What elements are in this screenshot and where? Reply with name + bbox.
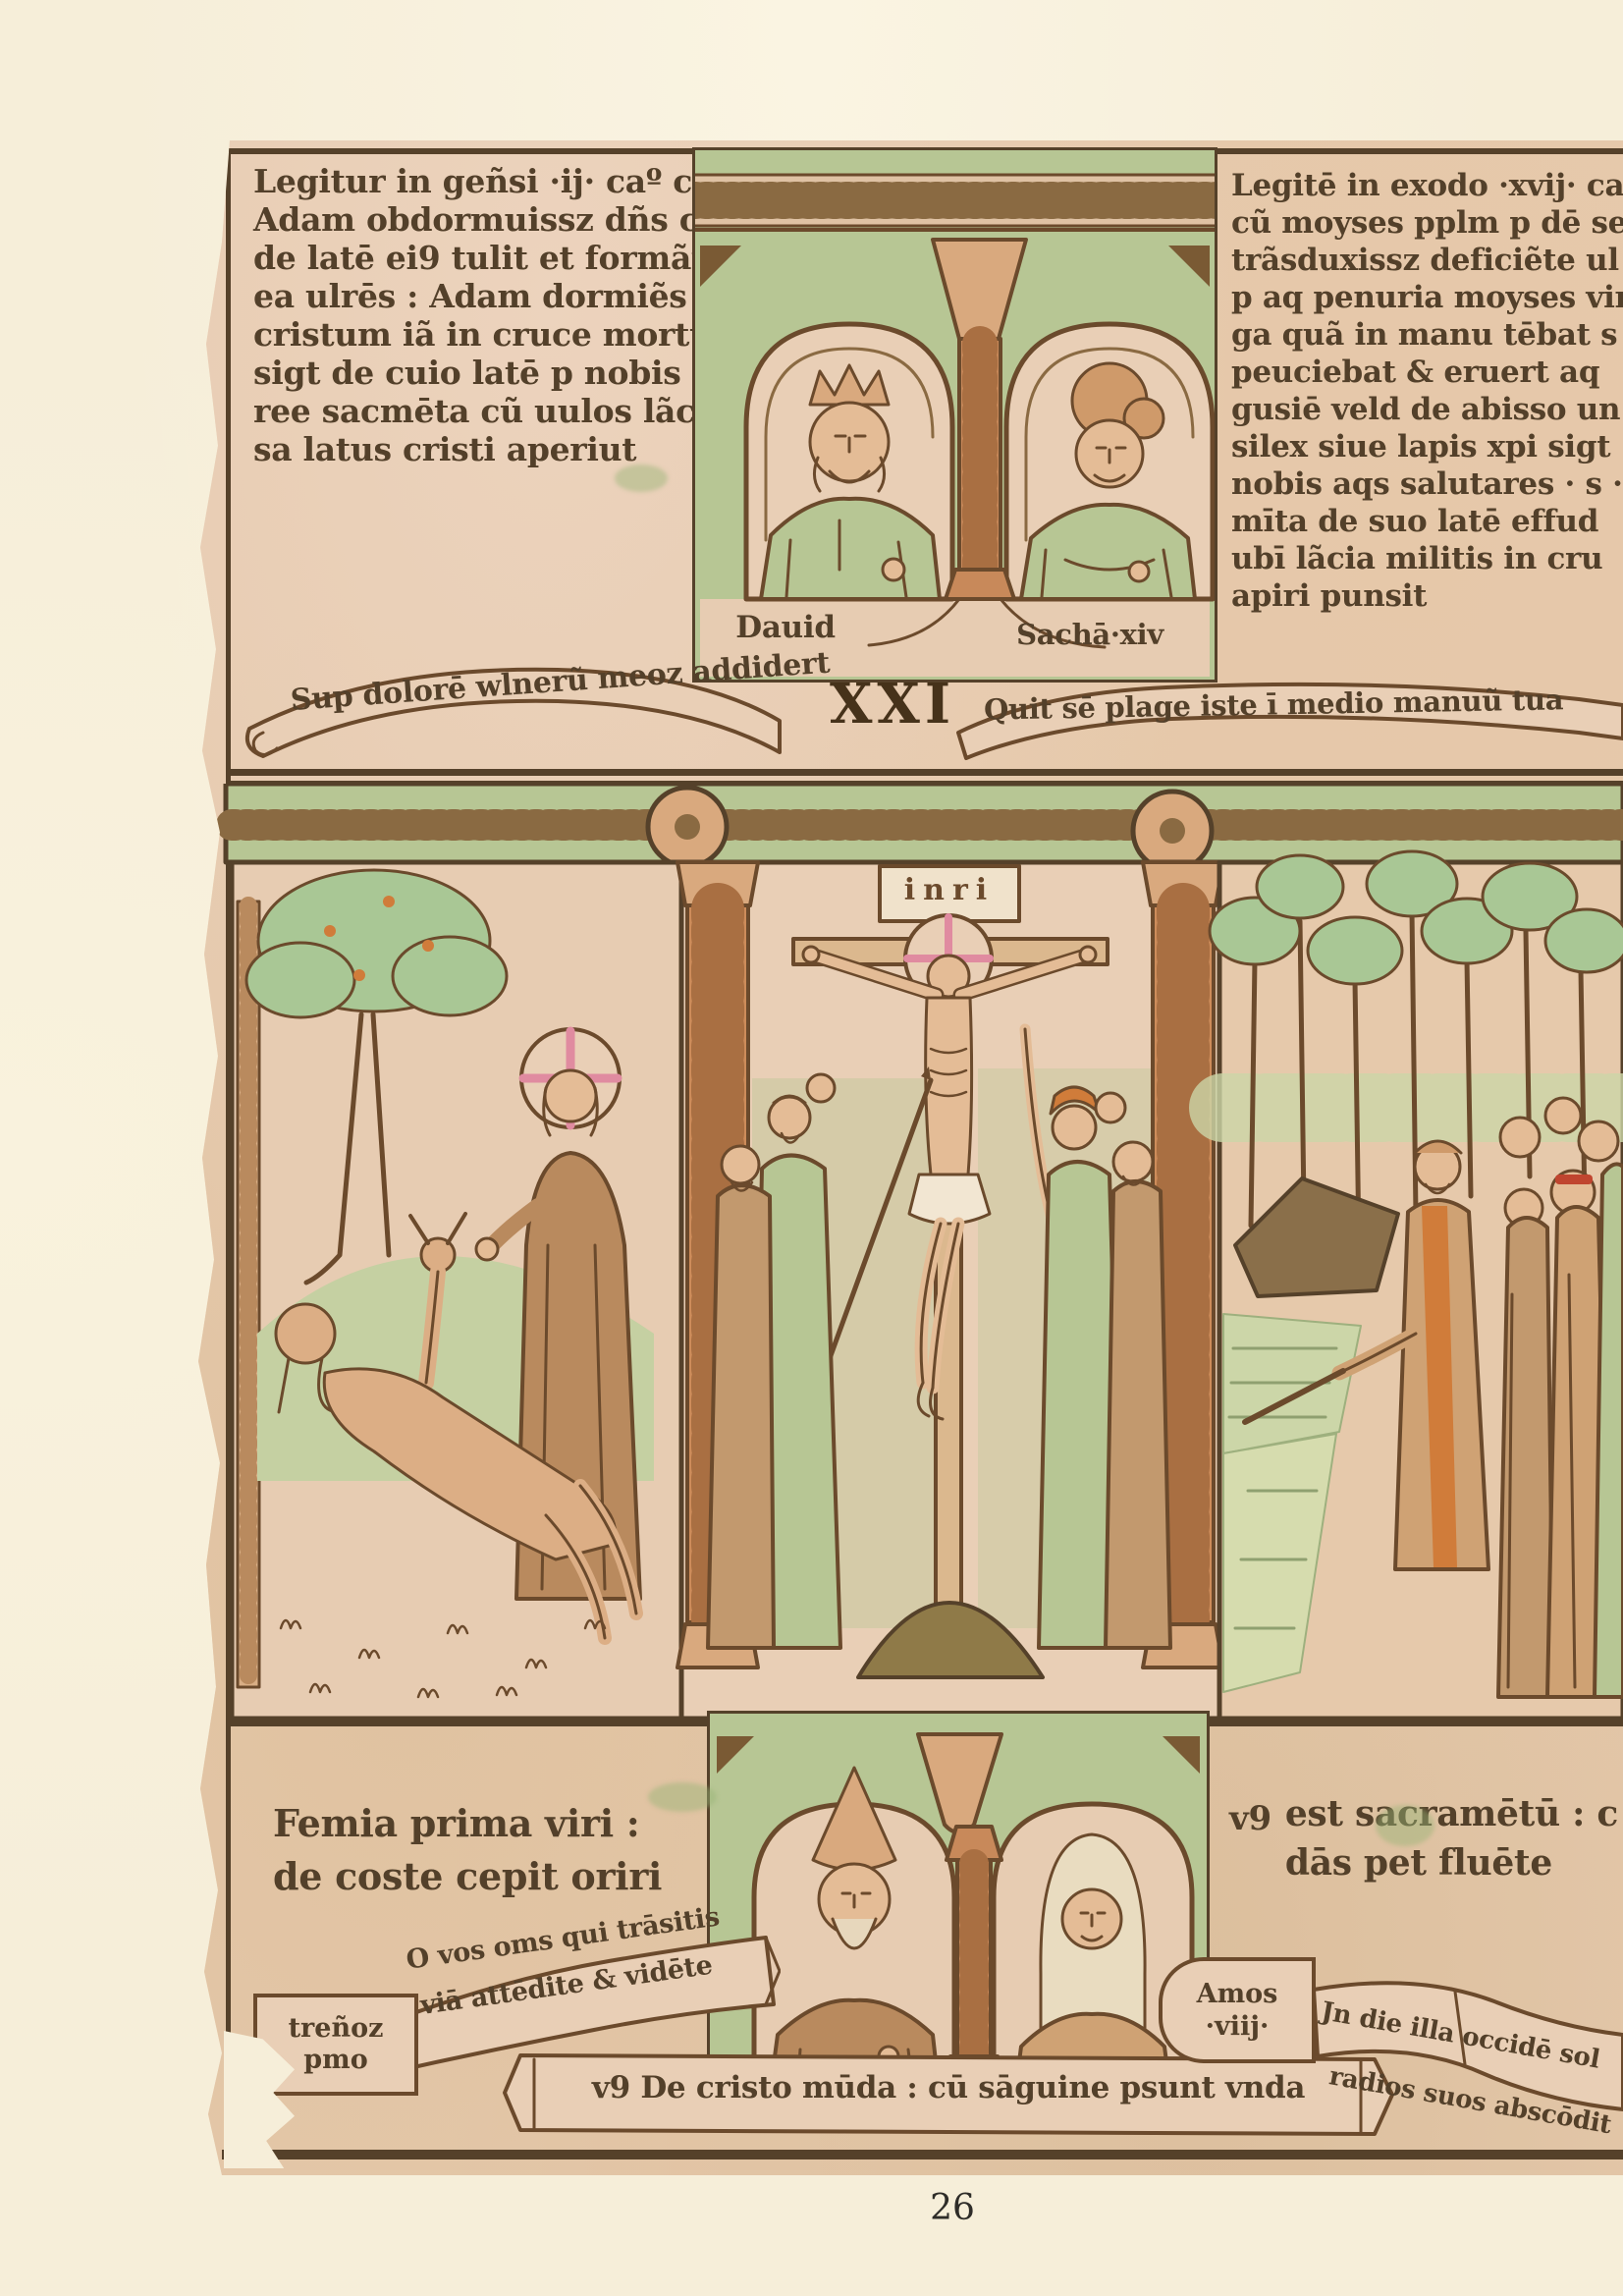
citation-line: treñoz [289,2013,384,2045]
text-line: cristum iã in cruce mortuũ [253,315,697,354]
stain [1376,1805,1434,1846]
red-headband [1555,1175,1593,1184]
text-line: de coste cepit oriri [273,1850,662,1903]
text-line: ubī lãcia militis in cru [1231,540,1622,577]
text-line: sigt de cuio latē p nobis flux [253,354,697,392]
text-line: cũ moyses pplm p dē ser [1231,204,1622,242]
text-line: Legitē in exodo ·xvij· ca [1231,167,1622,204]
text-line: Adam obdormuissz dñs costã [253,200,697,239]
text-line: Legitur in geñsi ·ij· caº cũ [253,162,697,200]
versus-mark: v9 [1229,1789,1271,1887]
text-line: Femia prima viri : [273,1797,662,1850]
text-line: trãsduxissz deficiẽte ul [1231,242,1622,279]
verse-eve: Femia prima viri : de coste cepit oriri [273,1797,662,1903]
rosette-right [1133,792,1212,870]
text-line: est sacramētū : c [1285,1789,1618,1838]
stain [648,1782,717,1812]
bystander-figure [708,1185,774,1648]
section-rule [226,769,1623,776]
text-line: silex siue lapis xpi sigt [1231,428,1622,465]
text-line: p aq penuria moyses vir [1231,279,1622,316]
main-triptych [192,784,1623,1734]
loincloth [909,1175,990,1224]
prophets-arch-panel-top [692,147,1217,683]
text-line: mīta de suo latē effud [1231,503,1622,540]
verse-bottom-text: v9 De cristo mūda : cū sāguine psunt vnd… [526,2070,1371,2105]
stain [615,465,668,492]
rosette-left [648,788,727,866]
chapter-numeral: XXI [829,668,956,740]
text-line: de latē ei9 tulit et formãt de [253,239,697,277]
crucifixion-panel [677,862,1223,1719]
moses-rock-panel [1210,851,1623,1719]
text-line: peuciebat & eruert aq [1231,354,1622,391]
citation-line: Amos [1197,1978,1278,2010]
folio-number: 26 [908,2188,997,2228]
bystander-figure [1106,1181,1170,1648]
woodcut-plate: Legitur in geñsi ·ij· caº cũ Adam obdorm… [192,140,1623,2175]
citation-line: ·viij· [1206,2010,1270,2043]
text-line: sa latus cristi aperiut [253,430,697,468]
text-line: gusiē veld de abisso un [1231,391,1622,428]
text-line: ree sacmēta cũ uulos lãcea [253,392,697,430]
citation-amos: Amos ·viij· [1159,1957,1316,2063]
titulus-inri: inri [886,873,1013,907]
lection-genesis-text: Legitur in geñsi ·ij· caº cũ Adam obdorm… [253,162,697,468]
text-line: ga quã in manu tēbat s [1231,316,1622,354]
text-line: dās pet fluēte [1285,1838,1618,1887]
text-line: ea ulrēs : Adam dormiẽs [253,277,697,315]
citation-line: pmo [303,2045,367,2076]
text-line: apiri punsit [1231,577,1622,615]
plate-bottom-border [222,2150,1623,2159]
eve-creation-panel [232,862,681,1719]
text-line: nobis aqs salutares · s · [1231,465,1622,503]
lection-exodus-text: Legitē in exodo ·xvij· ca cũ moyses pplm… [1231,167,1622,615]
book-page: { "page": { "number": "26" }, "colors": … [0,0,1623,2296]
